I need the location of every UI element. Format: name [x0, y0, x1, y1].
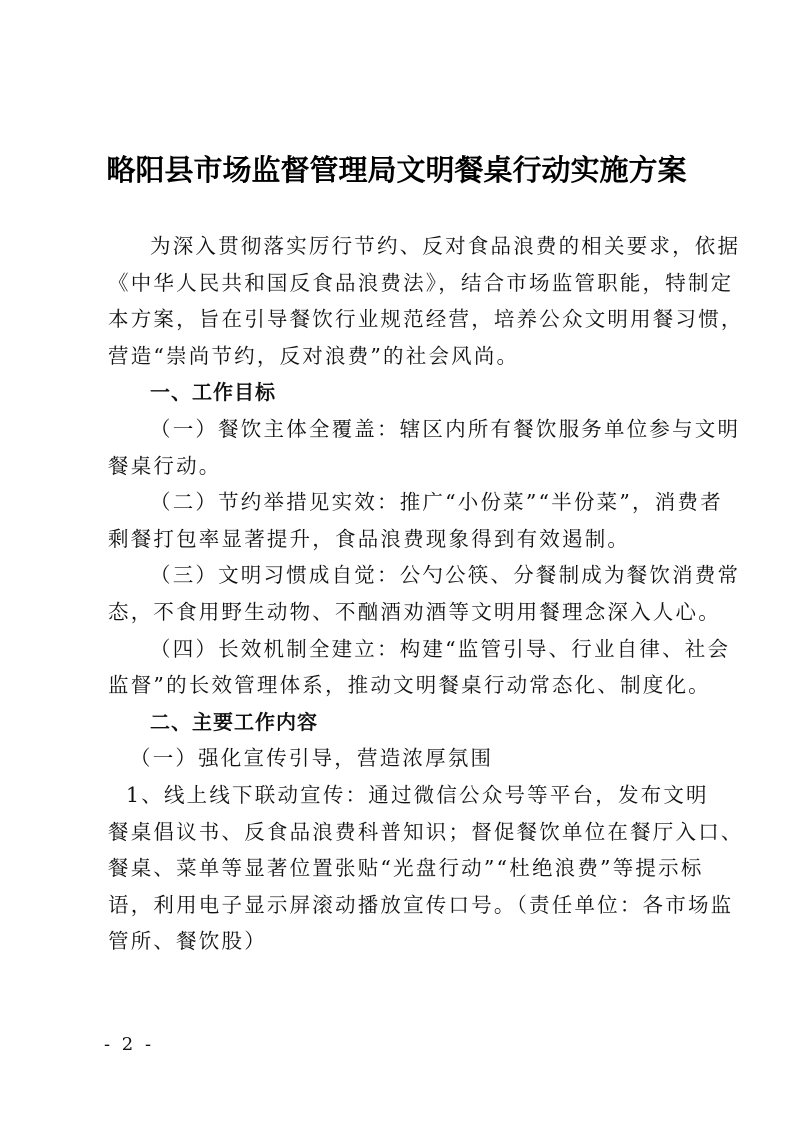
subsection-heading-publicity: （一）强化宣传引导，营造浓厚氛围 — [108, 740, 708, 777]
text-line: 餐桌、菜单等显著位置张贴“光盘行动”“杜绝浪费”等提示标 — [108, 850, 708, 887]
document-title: 略阳县市场监督管理局文明餐桌行动实施方案 — [0, 148, 793, 189]
text-line: 监督”的长效管理体系，推动文明餐桌行动常态化、制度化。 — [108, 667, 708, 704]
text-line: （三）文明习惯成自觉：公勺公筷、分餐制成为餐饮消费常 — [108, 557, 708, 594]
text-line: 语，利用电子显示屏滚动播放宣传口号。（责任单位：各市场监 — [108, 887, 708, 924]
text-line: 管所、餐饮股） — [108, 923, 708, 960]
goal-item-2: （二）节约举措见实效：推广“小份菜”“半份菜”，消费者 剩餐打包率显著提升，食品… — [108, 484, 708, 557]
section-heading-goals: 一、工作目标 — [108, 374, 708, 411]
text-line: 本方案，旨在引导餐饮行业规范经营，培养公众文明用餐习惯， — [108, 301, 708, 338]
intro-paragraph: 为深入贯彻落实厉行节约、反对食品浪费的相关要求，依据 《中华人民共和国反食品浪费… — [108, 228, 708, 374]
text-line: 为深入贯彻落实厉行节约、反对食品浪费的相关要求，依据 — [108, 228, 708, 265]
text-line: 《中华人民共和国反食品浪费法》，结合市场监管职能，特制定 — [108, 265, 708, 302]
goal-item-4: （四）长效机制全建立：构建“监管引导、行业自律、社会 监督”的长效管理体系，推动… — [108, 631, 708, 704]
text-line: （四）长效机制全建立：构建“监管引导、行业自律、社会 — [108, 631, 708, 668]
work-item-1: 1、线上线下联动宣传：通过微信公众号等平台，发布文明 餐桌倡议书、反食品浪费科普… — [108, 777, 708, 960]
text-line: 餐桌倡议书、反食品浪费科普知识；督促餐饮单位在餐厅入口、 — [108, 814, 708, 851]
goal-item-3: （三）文明习惯成自觉：公勺公筷、分餐制成为餐饮消费常 态，不食用野生动物、不酗酒… — [108, 557, 708, 630]
text-line: （一）餐饮主体全覆盖：辖区内所有餐饮服务单位参与文明 — [108, 411, 708, 448]
goal-item-1: （一）餐饮主体全覆盖：辖区内所有餐饮服务单位参与文明 餐桌行动。 — [108, 411, 708, 484]
text-line: 态，不食用野生动物、不酗酒劝酒等文明用餐理念深入人心。 — [108, 594, 708, 631]
text-line: 餐桌行动。 — [108, 448, 708, 485]
section-heading-main-work: 二、主要工作内容 — [108, 704, 708, 741]
text-line: 剩餐打包率显著提升，食品浪费现象得到有效遏制。 — [108, 521, 708, 558]
document-body: 为深入贯彻落实厉行节约、反对食品浪费的相关要求，依据 《中华人民共和国反食品浪费… — [108, 228, 708, 960]
text-line: （二）节约举措见实效：推广“小份菜”“半份菜”，消费者 — [108, 484, 708, 521]
document-page: 略阳县市场监督管理局文明餐桌行动实施方案 为深入贯彻落实厉行节约、反对食品浪费的… — [0, 0, 793, 1122]
text-line: 1、线上线下联动宣传：通过微信公众号等平台，发布文明 — [108, 777, 708, 814]
page-number: - 2 - — [104, 1034, 154, 1055]
text-line: 营造“崇尚节约，反对浪费”的社会风尚。 — [108, 338, 708, 375]
